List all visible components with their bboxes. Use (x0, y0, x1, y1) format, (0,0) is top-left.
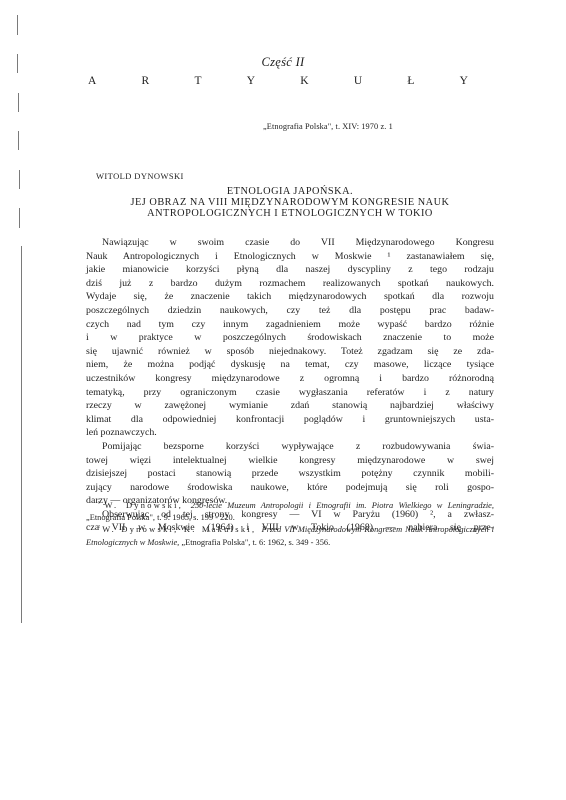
footnote-source: „Etnografia Polska", t. 9: 1965, s. 199 … (86, 513, 235, 522)
section-letter: K (300, 75, 308, 87)
footnote-source: „Etnografia Polska", t. 6: 1962, s. 349 … (181, 538, 330, 547)
title-line: ETNOLOGIA JAPOŃSKA. (90, 186, 490, 197)
title-line: ANTROPOLOGICZNYCH I ETNOLOGICZNYCH W TOK… (90, 208, 490, 219)
section-letter: Y (460, 75, 468, 87)
margin-mark (18, 93, 19, 112)
footnote: ¹ W. Dynowski, 250-lecie Muzeum Antropol… (86, 500, 494, 524)
margin-mark (17, 15, 18, 35)
footnote-author: W. Dynowski, (105, 501, 191, 510)
paragraph: Pomijając bezsporne korzyści wypływające… (86, 440, 494, 508)
text-line: niem, że można podjąć dyskusję na temat,… (86, 358, 494, 372)
section-letter: A (88, 75, 96, 87)
footnote: ² W. Dynowski, K. Makulski, Przed VII Mi… (86, 524, 494, 548)
section-letter: T (194, 75, 201, 87)
footnotes: ¹ W. Dynowski, 250-lecie Muzeum Antropol… (86, 500, 494, 549)
text-line: tematyką, przy ograniczonym czasie wygła… (86, 386, 494, 400)
text-line: poszczególnych dziedzin naukowych, czy t… (86, 304, 494, 318)
section-letter: Y (247, 75, 255, 87)
text-line: Pomijając bezsporne korzyści wypływające… (86, 440, 494, 454)
section-letter: U (354, 75, 362, 87)
text-line: klimat dla odpowiedniej konfrontacji pog… (86, 413, 494, 427)
section-letter: R (142, 75, 150, 87)
margin-mark (18, 131, 19, 150)
margin-mark (21, 246, 22, 623)
margin-mark (19, 208, 20, 228)
text-line: Wydaje się, że znaczenie takich międzyna… (86, 290, 494, 304)
text-line: i w praktyce w poszczególnych środowiska… (86, 331, 494, 345)
paragraph: Nawiązując w swoim czasie do VII Międzyn… (86, 236, 494, 440)
footnote-author: W. Dynowski, K. Makulski, (102, 525, 261, 534)
part-title: Część II (0, 55, 566, 70)
margin-mark (19, 170, 20, 189)
text-line: Nauk Antropologicznych i Etnologicznych … (86, 250, 494, 264)
text-line: uczestników kongresy międzynarodowe z og… (86, 372, 494, 386)
article-title: ETNOLOGIA JAPOŃSKA. JEJ OBRAZ NA VIII MI… (90, 186, 490, 219)
text-line: się ujawnić również w sposób niejednakow… (86, 345, 494, 359)
title-line: JEJ OBRAZ NA VIII MIĘDZYNARODOWYM KONGRE… (90, 197, 490, 208)
article-author: WITOLD DYNOWSKI (96, 171, 184, 181)
journal-reference: „Etnografia Polska", t. XIV: 1970 z. 1 (263, 122, 393, 131)
text-line: zujący narodowe środowiska naukowe, któr… (86, 481, 494, 495)
text-line: dziś już z bardzo dużym rozmachem realiz… (86, 277, 494, 291)
text-line: towej więzi intelektualnej wielkie kongr… (86, 454, 494, 468)
footnote-title: 250-lecie Muzeum Antropologii i Etnograf… (191, 501, 494, 510)
text-line: jakie mianowicie korzyści płyną dla nasz… (86, 263, 494, 277)
section-letter: Ł (407, 75, 414, 87)
text-line: dzisiejszej postaci stanowią przede wszy… (86, 467, 494, 481)
text-line: czych nad tym czy innym zagadnieniem moż… (86, 318, 494, 332)
text-line: leń poznawczych. (86, 426, 494, 440)
text-line: rzeczy w zawężonej wymianie zdań stanowi… (86, 399, 494, 413)
article-body: Nawiązując w swoim czasie do VII Międzyn… (86, 236, 494, 535)
text-line: Nawiązując w swoim czasie do VII Międzyn… (86, 236, 494, 250)
section-title: A R T Y K U Ł Y (88, 75, 468, 87)
